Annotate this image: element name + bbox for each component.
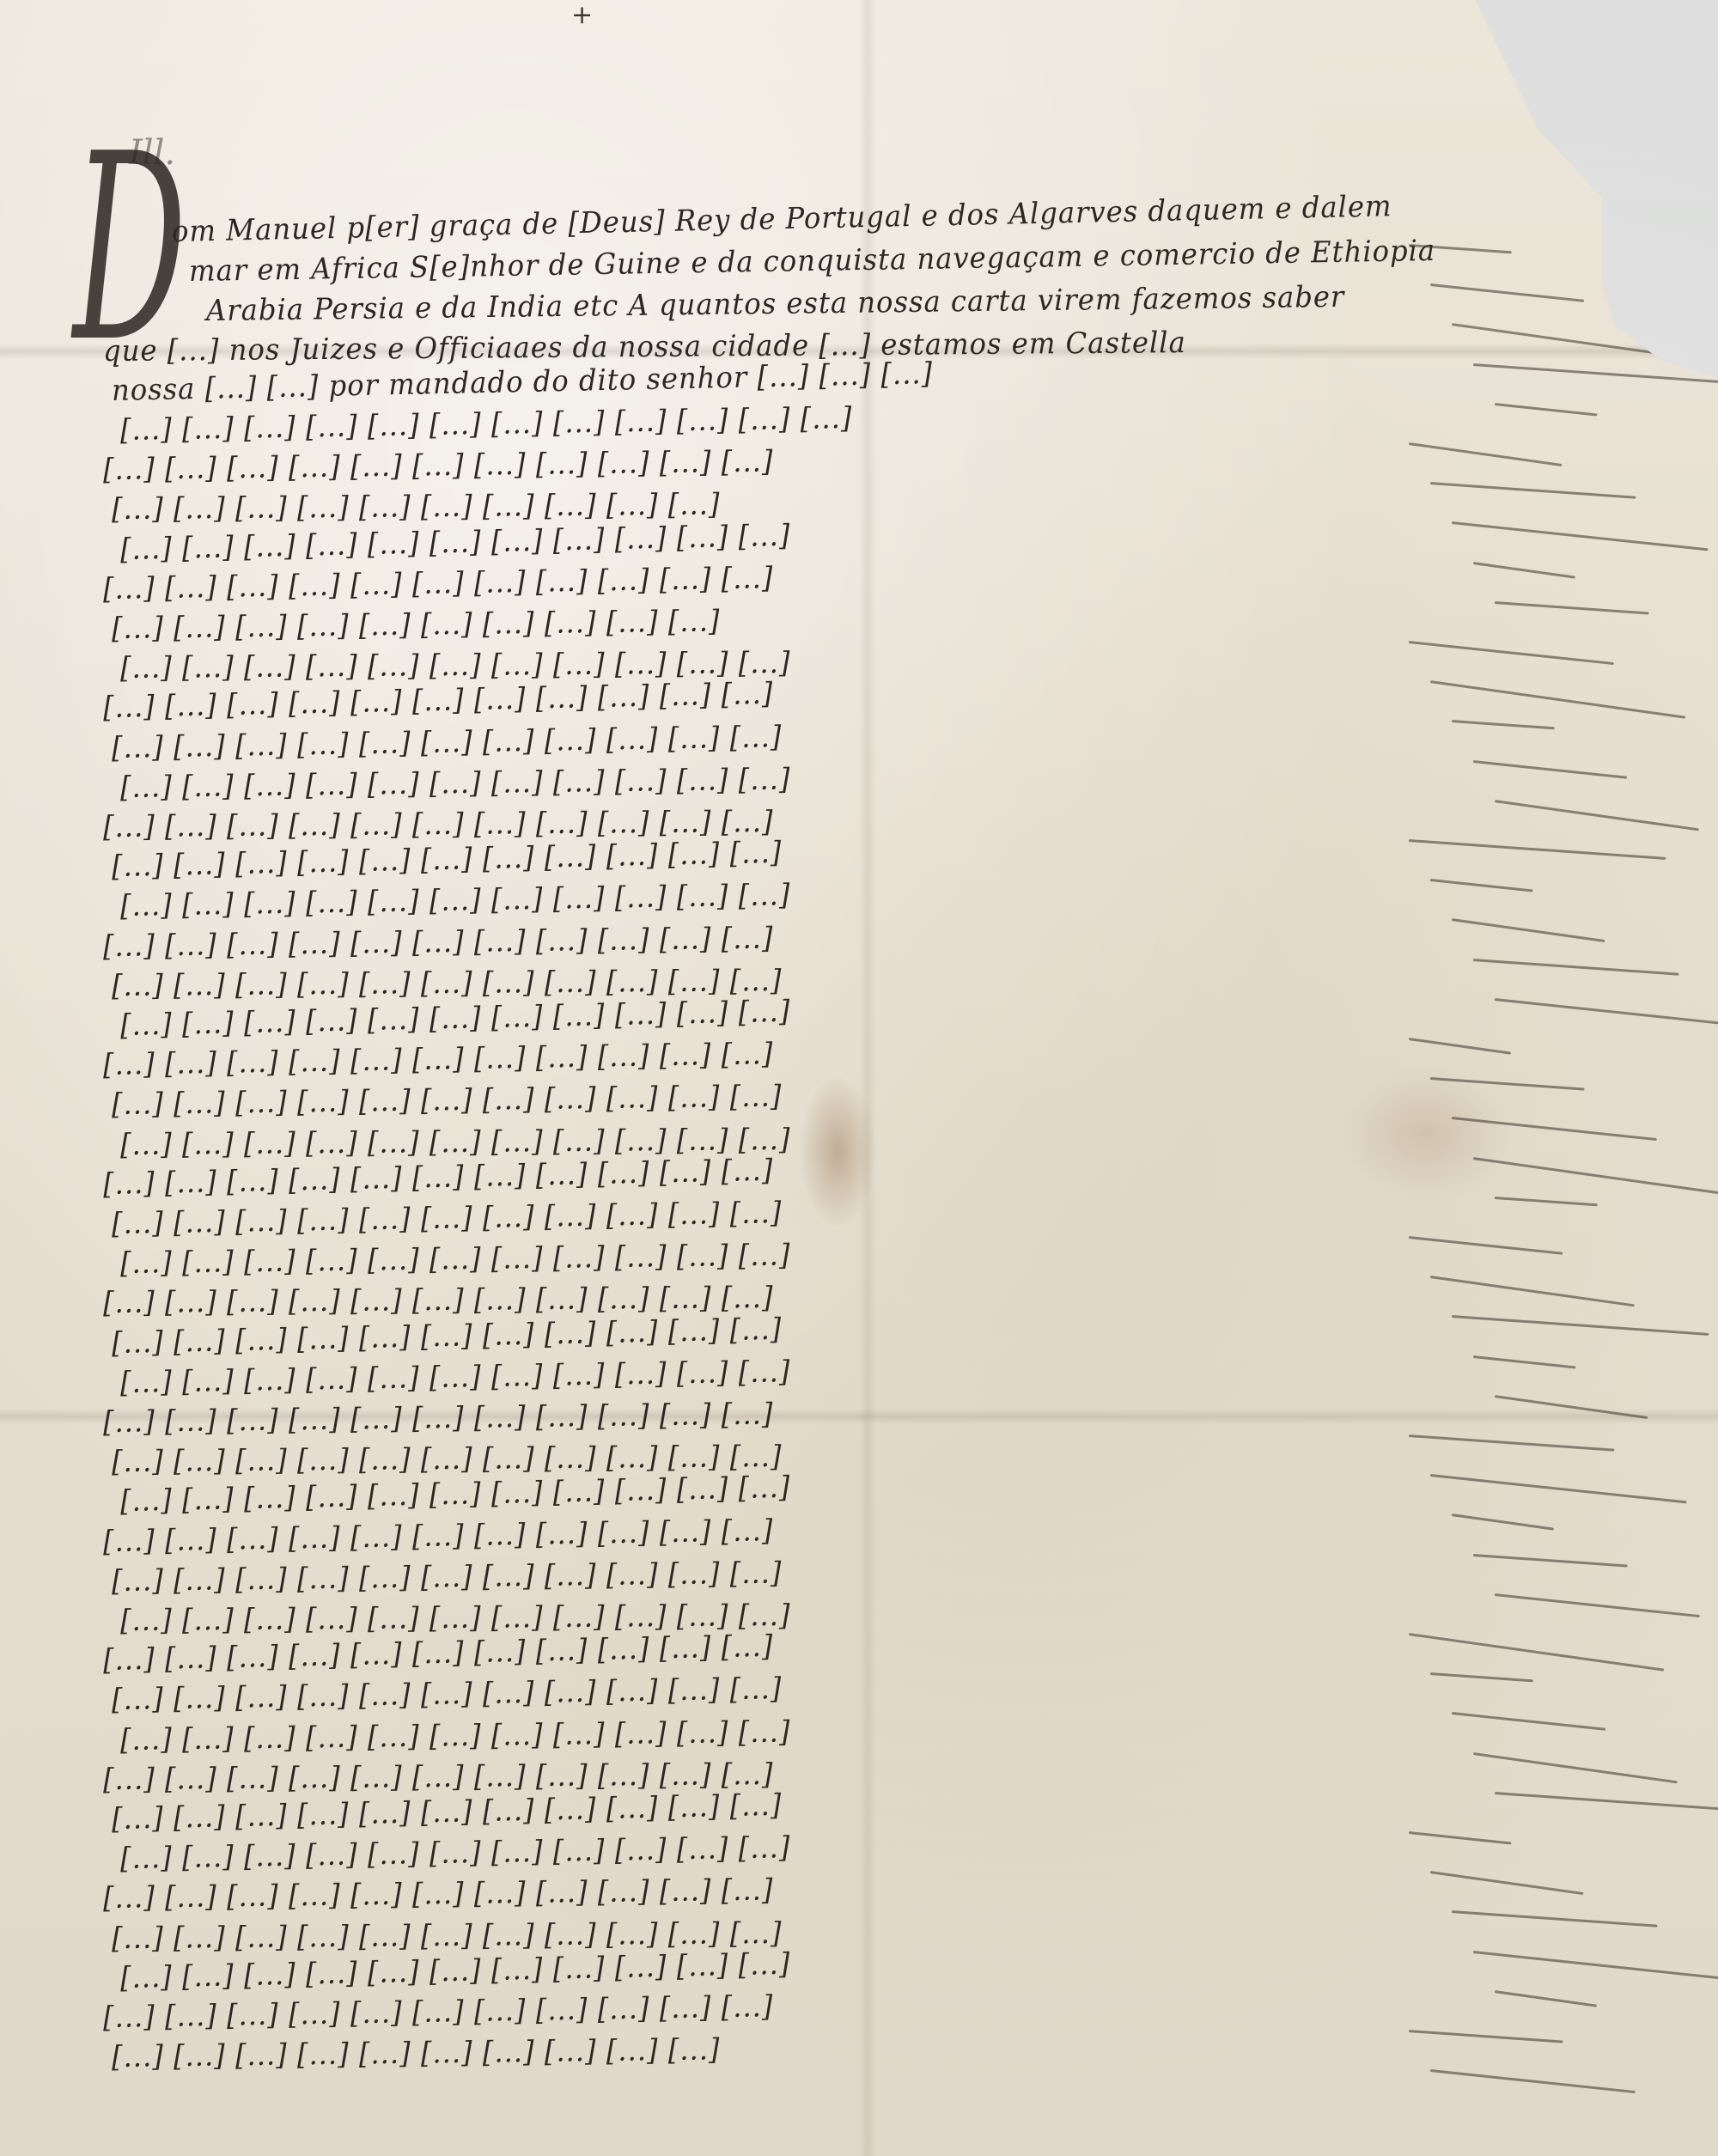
manuscript-line: Arabia Persia e da India etc A quantos e… — [206, 280, 1345, 328]
manuscript-line: [...] [...] [...] [...] [...] [...] [...… — [103, 921, 774, 964]
line-flourish — [1430, 1871, 1584, 1895]
line-flourish — [1473, 760, 1627, 779]
line-flourish — [1495, 800, 1699, 831]
manuscript-line: [...] [...] [...] [...] [...] [...] [...… — [112, 488, 721, 527]
manuscript-line: [...] [...] [...] [...] [...] [...] [...… — [103, 1513, 774, 1559]
manuscript-line: [...] [...] [...] [...] [...] [...] [...… — [103, 1989, 774, 2035]
line-flourish — [1409, 1434, 1615, 1452]
line-flourish — [1495, 1197, 1598, 1206]
manuscript-line: [...] [...] [...] [...] [...] [...] [...… — [103, 1037, 774, 1082]
line-flourish — [1430, 482, 1636, 499]
line-flourish — [1409, 442, 1563, 466]
line-flourish — [1473, 959, 1679, 976]
line-flourish — [1409, 1633, 1664, 1672]
line-flourish — [1495, 403, 1598, 417]
line-flourish — [1495, 998, 1718, 1027]
manuscript-line: [...] [...] [...] [...] [...] [...] [...… — [112, 2033, 721, 2075]
manuscript-line: [...] [...] [...] [...] [...] [...] [...… — [103, 445, 774, 488]
line-flourish — [1452, 1910, 1658, 1928]
vertical-fold — [859, 0, 876, 2156]
manuscript-line: [...] [...] [...] [...] [...] [...] [...… — [120, 1830, 791, 1876]
line-flourish — [1495, 1990, 1597, 2007]
line-flourish — [1430, 1276, 1635, 1306]
line-flourish — [1430, 680, 1685, 719]
parchment-sheet: + Ill. D om Manuel p[er] graça de [Deus]… — [0, 0, 1718, 2156]
line-flourish — [1473, 1951, 1718, 1980]
line-flourish — [1409, 1038, 1511, 1055]
line-flourish — [1495, 601, 1649, 615]
line-flourish — [1452, 521, 1709, 551]
line-flourish — [1473, 1157, 1718, 1196]
line-flourish — [1473, 1355, 1576, 1369]
line-flourish — [1430, 283, 1584, 302]
manuscript-line: [...] [...] [...] [...] [...] [...] [...… — [120, 401, 853, 448]
manuscript-line: [...] [...] [...] [...] [...] [...] [...… — [112, 1080, 783, 1123]
line-flourish — [1430, 2069, 1636, 2093]
top-cross-mark: + — [571, 0, 593, 30]
ink-stain — [799, 1074, 876, 1228]
line-flourish — [1409, 839, 1666, 860]
line-flourish — [1430, 1672, 1533, 1682]
manuscript-line: [...] [...] [...] [...] [...] [...] [...… — [120, 1239, 791, 1282]
line-flourish — [1452, 720, 1555, 729]
line-flourish — [1430, 1474, 1687, 1503]
line-flourish — [1409, 641, 1614, 665]
line-flourish — [1409, 1831, 1512, 1845]
line-flourish — [1409, 2030, 1563, 2043]
manuscript-line: [...] [...] [...] [...] [...] [...] [...… — [120, 1714, 791, 1757]
line-flourish — [1473, 1752, 1678, 1783]
manuscript-line: [...] [...] [...] [...] [...] [...] [...… — [103, 561, 774, 606]
manuscript-line: [...] [...] [...] [...] [...] [...] [...… — [120, 878, 791, 923]
line-flourish — [1452, 918, 1605, 942]
line-flourish — [1473, 562, 1575, 579]
line-flourish — [1495, 1792, 1718, 1812]
manuscript-line: [...] [...] [...] [...] [...] [...] [...… — [120, 762, 791, 805]
line-flourish — [1495, 1593, 1700, 1617]
line-flourish — [1452, 1315, 1709, 1336]
manuscript-line: [...] [...] [...] [...] [...] [...] [...… — [112, 1556, 783, 1599]
manuscript-line: [...] [...] [...] [...] [...] [...] [...… — [120, 1355, 791, 1400]
line-flourish — [1473, 1554, 1628, 1568]
line-flourish — [1409, 1236, 1563, 1255]
line-flourish — [1430, 879, 1533, 892]
line-flourish — [1452, 1513, 1554, 1531]
line-flourish — [1452, 1712, 1605, 1731]
manuscript-line: [...] [...] [...] [...] [...] [...] [...… — [112, 604, 721, 646]
manuscript-line: [...] [...] [...] [...] [...] [...] [...… — [112, 1672, 783, 1717]
manuscript-line: [...] [...] [...] [...] [...] [...] [...… — [112, 720, 783, 765]
manuscript-line: [...] [...] [...] [...] [...] [...] [...… — [103, 1397, 774, 1440]
manuscript-line: [...] [...] [...] [...] [...] [...] [...… — [112, 1196, 783, 1241]
water-stain — [1340, 1065, 1512, 1203]
manuscript-line: [...] [...] [...] [...] [...] [...] [...… — [103, 1873, 774, 1916]
